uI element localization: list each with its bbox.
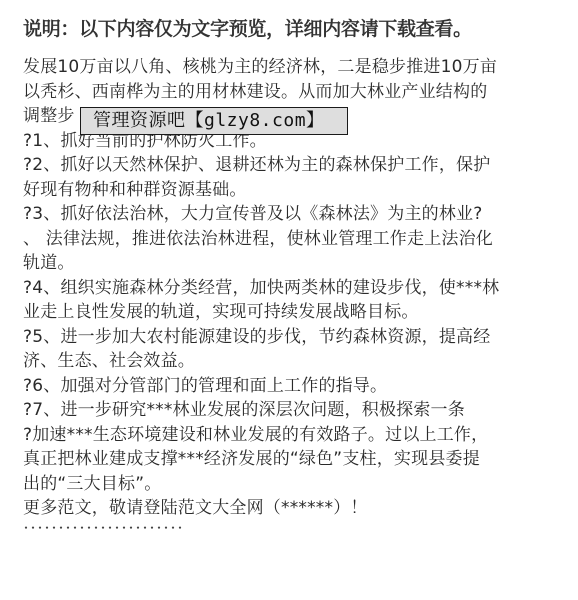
document-line: ?4、组织实施森林分类经营，加快两类林的建设步伐，使***林	[23, 276, 563, 301]
document-line: ?3、抓好依法治林，大力宣传普及以《森林法》为主的林业?	[23, 202, 563, 227]
watermark-banner: 管理资源吧【glzy8.com】	[80, 107, 348, 135]
preview-notice: 说明：以下内容仅为文字预览，详细内容请下载查看。	[23, 14, 472, 41]
document-line: 真正把林业建成支撑***经济发展的“绿色”支柱，实现县委提	[23, 447, 563, 472]
document-line: 业走上良性发展的轨道，实现可持续发展战略目标。	[23, 300, 563, 325]
document-line: 济、生态、社会效益。	[23, 349, 563, 374]
document-line: 以秃杉、西南桦为主的用材林建设。从而加大林业产业结构的	[23, 80, 563, 105]
document-line: 发展10万亩以八角、核桃为主的经济林，二是稳步推进10万亩	[23, 55, 563, 80]
document-line: ?2、抓好以天然林保护、退耕还林为主的森林保护工作，保护	[23, 153, 563, 178]
document-line: ?5、进一步加大农村能源建设的步伐，节约森林资源，提高经	[23, 325, 563, 350]
document-line: ?6、加强对分管部门的管理和面上工作的指导。	[23, 374, 563, 399]
dotted-separator: ･･･････････････････････	[23, 521, 563, 541]
document-line: ?加速***生态环境建设和林业发展的有效路子。过以上工作，	[23, 423, 563, 448]
document-line: ?7、进一步研究***林业发展的深层次问题，积极探索一条	[23, 398, 563, 423]
document-line: 出的“三大目标”。	[23, 472, 563, 497]
document-line: 更多范文，敬请登陆范文大全网（******）！	[23, 496, 563, 521]
document-line: 好现有物种和种群资源基础。	[23, 178, 563, 203]
document-line: 、 法律法规，推进依法治林进程，使林业管理工作走上法治化	[23, 227, 563, 252]
document-line: 轨道。	[23, 251, 563, 276]
